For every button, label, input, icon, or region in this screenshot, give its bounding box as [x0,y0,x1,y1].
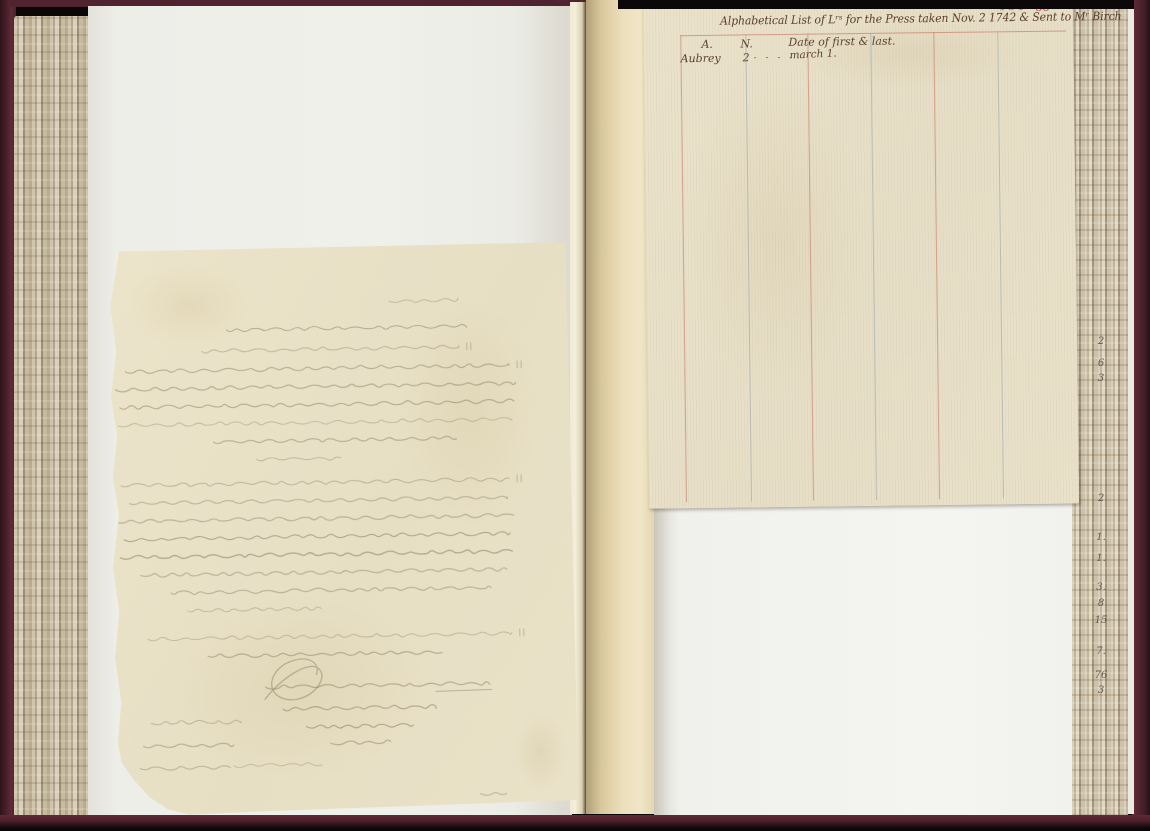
mirrored-handwriting-strokes [105,242,579,816]
entry-date: march 1. [789,48,837,61]
column-header-date: Date of first & last. [788,36,895,48]
entry-number: 2 [743,52,750,63]
red-column-rule [933,32,940,499]
column-header-number: N. [740,38,753,49]
blue-column-rule [870,33,877,500]
fore-edge-number: 3 [1088,685,1114,696]
red-column-rule [807,34,814,501]
fore-edge-number: 15 [1088,615,1114,626]
fore-edge-number: 3. [1088,582,1114,593]
fore-edge-number: 2 [1088,493,1114,504]
ruled-list-sheet: 131 38 Alphabetical List of Lʳˢ for the … [643,1,1079,508]
book-cover-bottom [0,815,1150,831]
page-edges-right-stack: 2 6 3 2 1. 1. 3. 8 15 7. 76 3 [1072,6,1128,816]
column-header-letter: A. [701,39,713,50]
fore-edge-number: 1. [1088,553,1114,564]
book-cover-right [1132,0,1150,831]
mounted-letter-show-through [105,242,579,816]
red-column-rule [680,35,687,502]
entry-name: Aubrey [681,53,721,64]
fore-edge-number: 1. [1088,532,1114,543]
fore-edge-number: 7. [1088,646,1114,657]
page-edges-left-stack [14,16,90,818]
fore-edge-number: 76 [1088,670,1114,681]
manuscript-volume-photograph: 2 6 3 2 1. 1. 3. 8 15 7. 76 3 131 38 Alp… [0,0,1150,831]
shadow-top-edge [618,0,1134,9]
blue-column-rule [997,31,1004,498]
fore-edge-number: 6 [1088,358,1114,369]
blue-column-rule [745,34,752,501]
list-title: Alphabetical List of Lʳˢ for the Press t… [720,11,1122,27]
fore-edge-number: 8 [1088,598,1114,609]
fore-edge-number: 2 [1088,336,1114,347]
fore-edge-number: 3 [1088,373,1114,384]
